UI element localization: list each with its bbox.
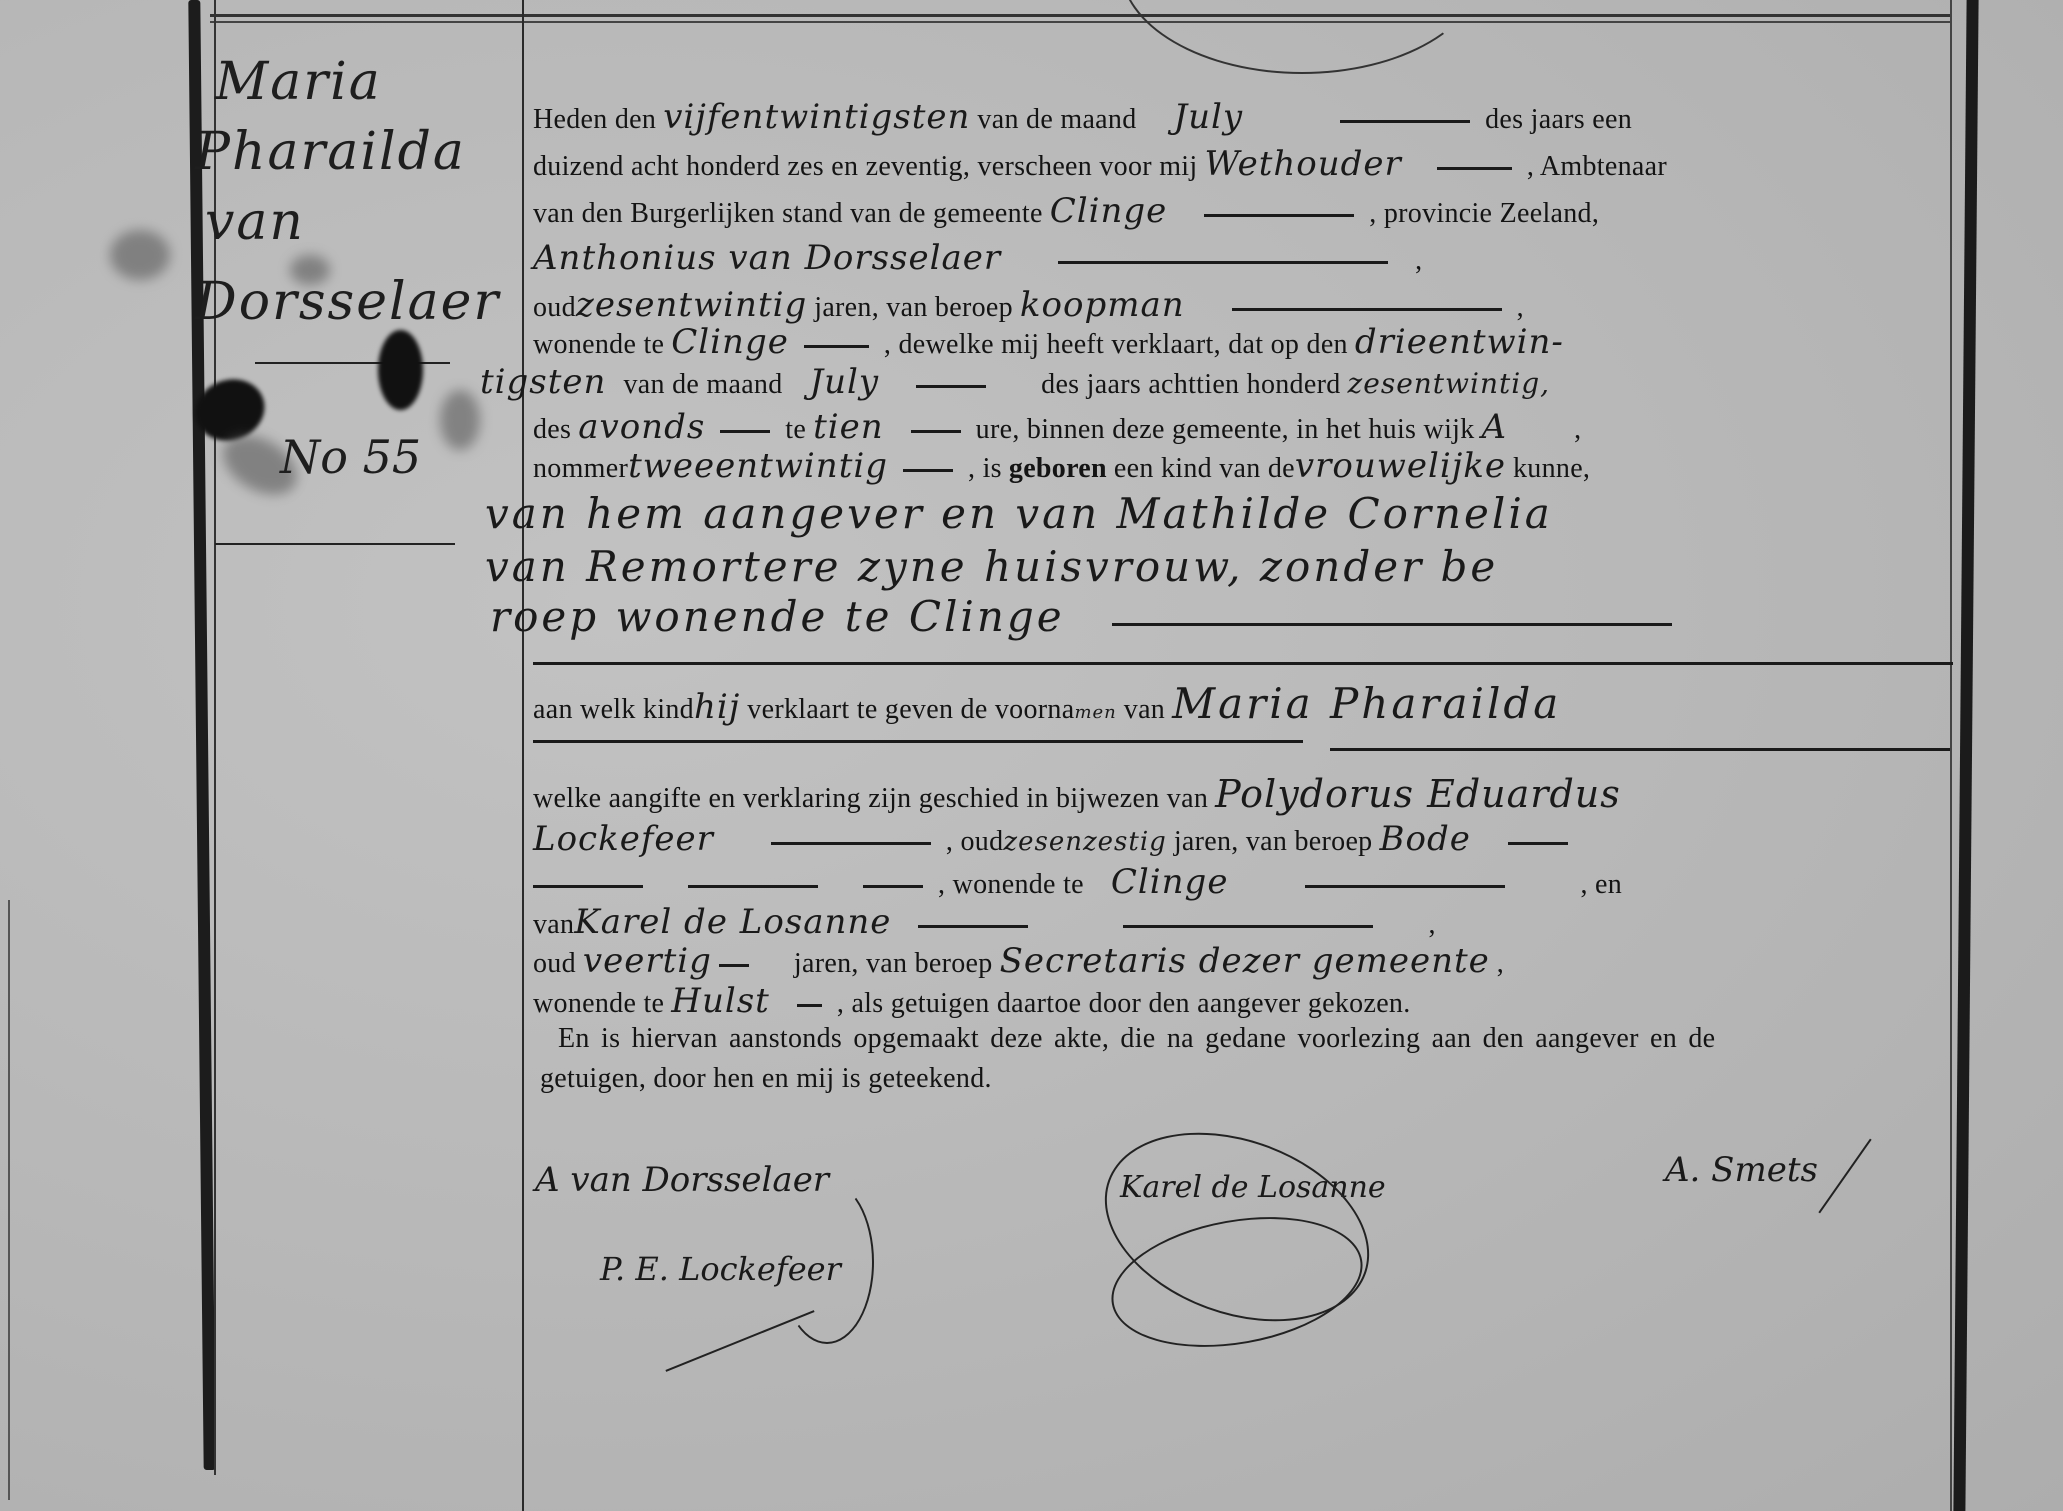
fill-line — [911, 430, 961, 433]
printed-text: , — [1574, 414, 1581, 445]
printed-text: nommer — [533, 453, 628, 484]
fill-line — [533, 885, 643, 888]
printed-text: des jaars een — [1485, 104, 1632, 135]
handwritten-entry: veertig — [583, 941, 712, 981]
fill-line — [1305, 885, 1505, 888]
fill-line — [903, 469, 953, 472]
text-line: roep wonende te Clinge — [490, 593, 1910, 641]
handwritten-entry: men — [1074, 702, 1116, 723]
printed-text: te — [785, 414, 806, 445]
printed-text: welke aangifte en verklaring zijn geschi… — [533, 783, 1208, 814]
printed-text: des — [533, 414, 571, 445]
handwritten-entry: van Remortere zyne huisvrouw, zonder be — [485, 542, 1498, 591]
printed-text: ure, binnen deze gemeente, in het huis w… — [976, 414, 1475, 445]
printed-text: des jaars achttien honderd — [1041, 369, 1340, 400]
signature-witness-1: P. E. Lockefeer — [600, 1250, 841, 1288]
fill-line — [533, 662, 1953, 665]
printed-text-bold: geboren — [1009, 453, 1107, 484]
printed-text: van den Burgerlijken stand van de gemeen… — [533, 198, 1043, 229]
top-border-line — [210, 21, 1950, 23]
handwritten-entry: Bode — [1379, 819, 1470, 859]
printed-text: Heden den — [533, 104, 656, 135]
handwritten-entry: Clinge — [1111, 862, 1229, 902]
printed-text: , — [1415, 245, 1422, 276]
printed-text: verklaart te geven de voorna — [747, 694, 1074, 725]
document-scan: Maria Pharailda van Dorsselaer No 55 Hed… — [0, 0, 2063, 1511]
text-line: van Remortere zyne huisvrouw, zonder be — [485, 543, 1905, 591]
margin-underline — [215, 543, 455, 545]
fill-line — [804, 345, 869, 348]
record-number: No 55 — [280, 430, 421, 484]
signature-flourish — [1818, 1139, 1871, 1214]
handwritten-entry: van hem aangever en van Mathilde Corneli… — [485, 489, 1553, 538]
fill-line — [863, 885, 923, 888]
fill-line — [720, 430, 770, 433]
printed-text: , oud — [946, 826, 1004, 857]
printed-text: duizend acht honderd zes en zeventig, ve… — [533, 151, 1197, 182]
text-line: aan welk kindhij verklaart te geven de v… — [533, 680, 1953, 728]
right-border-rule — [1953, 0, 1978, 1511]
handwritten-entry: July — [1174, 97, 1244, 137]
handwritten-entry: Clinge — [671, 322, 789, 362]
fill-line — [1112, 623, 1672, 626]
flourish — [1120, 0, 1484, 74]
handwritten-entry: zesentwintig, — [1348, 367, 1551, 400]
handwritten-entry: July — [810, 362, 880, 402]
ink-smudge — [110, 230, 170, 280]
printed-text: oud — [533, 948, 576, 979]
page-edge — [8, 900, 10, 1500]
fill-line — [1123, 925, 1373, 928]
margin-name-line: Pharailda — [195, 122, 466, 182]
fill-line — [1508, 842, 1568, 845]
printed-text: kunne, — [1513, 453, 1590, 484]
handwritten-entry: Polydorus Eduardus — [1215, 772, 1621, 816]
fill-line — [1058, 261, 1388, 264]
printed-text: , Ambtenaar — [1527, 151, 1667, 182]
fill-line — [1330, 748, 1950, 751]
fill-line — [1204, 214, 1354, 217]
margin-name-line: Dorsselaer — [195, 272, 500, 332]
printed-text: , is — [968, 453, 1002, 484]
text-line: van den Burgerlijken stand van de gemeen… — [533, 187, 1953, 235]
printed-text: getuigen, door hen en mij is geteekend. — [540, 1063, 992, 1094]
fill-line — [688, 885, 818, 888]
fill-line — [771, 842, 931, 845]
handwritten-entry: hij — [694, 687, 740, 727]
margin-name-line: van — [205, 192, 305, 252]
printed-text: van — [1124, 694, 1165, 725]
text-line: nommertweeentwintig , is geboren een kin… — [533, 442, 1953, 490]
ink-smudge — [440, 390, 480, 450]
printed-text: van — [533, 909, 574, 940]
handwritten-entry: Maria Pharailda — [1172, 679, 1561, 728]
handwritten-entry: A — [1482, 407, 1508, 447]
printed-text: aan welk kind — [533, 694, 694, 725]
printed-text: jaren, van beroep — [1174, 826, 1373, 857]
printed-text: , dewelke mij heeft verklaart, dat op de… — [884, 329, 1348, 360]
handwritten-entry: zesenzestig — [1003, 827, 1166, 857]
handwritten-entry: Secretaris dezer gemeente — [1000, 941, 1490, 981]
fill-line — [533, 740, 1303, 743]
ink-blot — [378, 330, 423, 410]
handwritten-entry: vrouwelijke — [1295, 446, 1506, 486]
signature-flourish — [665, 1310, 814, 1372]
handwritten-entry: Clinge — [1050, 191, 1168, 231]
margin-name-line: Maria — [215, 52, 382, 112]
handwritten-entry: tigsten — [480, 362, 606, 402]
text-line: welke aangifte en verklaring zijn geschi… — [533, 770, 1953, 818]
printed-text: een kind van de — [1114, 453, 1295, 484]
signature-father: A van Dorsselaer — [535, 1160, 829, 1200]
printed-text: , — [1497, 948, 1504, 979]
handwritten-entry: vijfentwintigsten — [663, 97, 970, 137]
fill-line — [918, 925, 1028, 928]
text-line: Anthonius van Dorsselaer , — [533, 234, 1953, 282]
printed-text: van de maand — [977, 104, 1136, 135]
margin-divider — [522, 0, 524, 1511]
printed-text: , — [1428, 909, 1435, 940]
text-line: getuigen, door hen en mij is geteekend. — [540, 1055, 1960, 1103]
fill-line — [797, 1004, 822, 1007]
printed-text: van de maand — [623, 369, 782, 400]
handwritten-entry: Wethouder — [1204, 144, 1401, 184]
fill-line — [1437, 167, 1512, 170]
fill-line — [916, 385, 986, 388]
handwritten-entry: tien — [813, 407, 884, 447]
fill-line — [1232, 308, 1502, 311]
handwritten-entry: avonds — [578, 407, 705, 447]
printed-text: jaren, van beroep — [794, 948, 993, 979]
printed-text: En is hiervan aanstonds opgemaakt deze a… — [558, 1023, 1715, 1054]
text-line: Heden den vijfentwintigsten van de maand… — [533, 93, 1953, 141]
fill-line — [719, 964, 749, 967]
handwritten-entry: roep wonende te Clinge — [490, 592, 1065, 641]
text-line: tigsten van de maand July des jaars acht… — [480, 358, 1900, 406]
text-line: Lockefeer , oudzesenzestig jaren, van be… — [533, 815, 1953, 863]
top-border-line — [210, 14, 1950, 17]
fill-line — [1340, 120, 1470, 123]
printed-text: , provincie Zeeland, — [1369, 198, 1599, 229]
handwritten-entry: Lockefeer — [533, 819, 714, 859]
printed-text: , en — [1580, 869, 1622, 900]
handwritten-entry: Anthonius van Dorsselaer — [533, 238, 1001, 278]
handwritten-entry: tweeentwintig — [628, 446, 888, 486]
handwritten-entry: Karel de Losanne — [574, 902, 891, 942]
printed-text: wonende te — [533, 329, 664, 360]
text-line: duizend acht honderd zes en zeventig, ve… — [533, 140, 1953, 188]
text-line: van hem aangever en van Mathilde Corneli… — [485, 490, 1905, 538]
printed-text: , wonende te — [938, 869, 1084, 900]
signature-official: A. Smets — [1665, 1150, 1818, 1190]
handwritten-entry: drieentwin- — [1355, 322, 1564, 362]
